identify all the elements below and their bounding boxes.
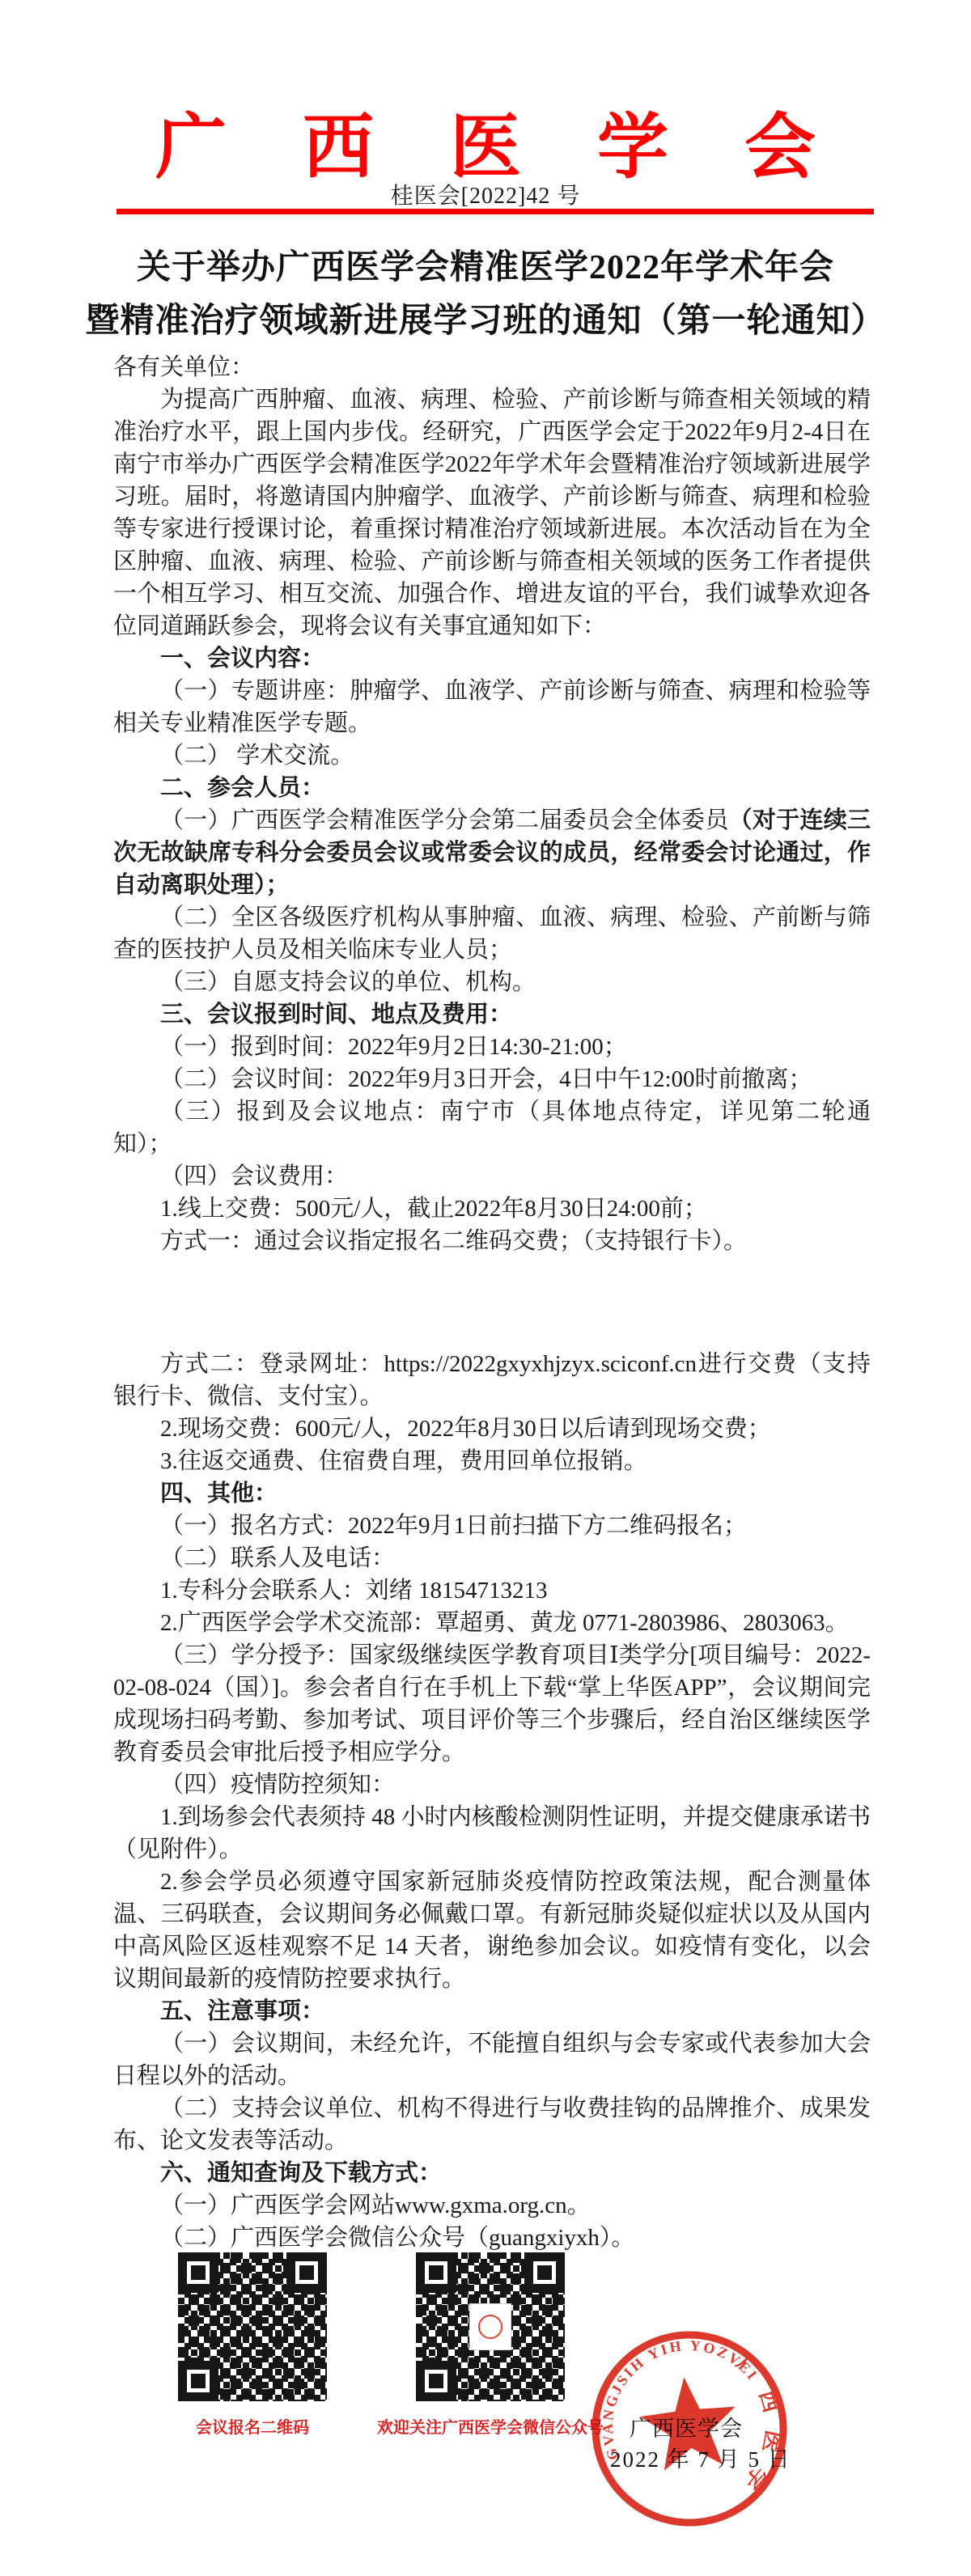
document-number: 桂医会[2022]42 号 [0,178,971,210]
body-paragraph: （二）全区各级医疗机构从事肿瘤、血液、病理、检验、产前断与筛查的医技护人员及相关… [113,901,871,966]
body-paragraph: （二）支持会议单位、机构不得进行与收费挂钩的品牌推介、成果发布、论文发表等活动。 [113,2092,871,2157]
document-page: 广 西 医 学 会 桂医会[2022]42 号 关于举办广西医学会精准医学202… [0,0,971,2576]
body-text: （二）联系人及电话： [160,1545,395,1571]
body-text: 1.线上交费：500元/人，截止2022年8月30日24:00前； [160,1196,707,1222]
body-paragraph: 二、参会人员： [113,772,871,804]
body-paragraph: 3.往返交通费、住宿费自理，费用回单位报销。 [113,1445,871,1477]
notice-title-line1: 关于举办广西医学会精准医学2022年学术年会 [0,241,971,294]
qr-finder-icon [178,2252,218,2293]
body-text: （三）自愿支持会议的单位、机构。 [160,969,536,995]
body-paragraph: （三）报到及会议地点：南宁市（具体地点待定，详见第二轮通知）； [113,1095,871,1160]
body-text: 1.到场参会代表须持 48 小时内核酸检测阴性证明，并提交健康承诺书（见附件）。 [113,1804,871,1862]
body-paragraph: 2.广西医学会学术交流部：覃超勇、黄龙 0771-2803986、2803063… [113,1607,871,1639]
qr-finder-icon [286,2252,327,2293]
qr-block-registration: 会议报名二维码 [178,2252,327,2438]
body-text: 五、注意事项： [160,1998,324,2024]
body-text: （二）全区各级医疗机构从事肿瘤、血液、病理、检验、产前断与筛查的医技护人员及相关… [113,905,871,963]
body-text: 3.往返交通费、住宿费自理，费用回单位报销。 [160,1448,647,1474]
body-text: （一）专题讲座：肿瘤学、血液学、产前诊断与筛查、病理和检验等相关专业精准医学专题… [113,678,871,736]
body-text: （二）会议时间：2022年9月3日开会，4日中午12:00时前撤离； [160,1066,812,1092]
letterhead-divider-line [117,209,874,214]
body-text: 2.参会学员必须遵守国家新冠肺炎疫情防控政策法规，配合测量体温、三码联查，会议期… [113,1869,871,1992]
notice-title-line2: 暨精准治疗领域新进展学习班的通知（第一轮通知） [0,294,971,348]
body-paragraph: （二） 学术交流。 [113,739,871,772]
body-text: 为提高广西肿瘤、血液、病理、检验、产前诊断与筛查相关领域的精准治疗水平，跟上国内… [113,387,871,639]
body-text: 方式二：登录网址：https://2022gxyxhjzyx.sciconf.c… [113,1351,871,1409]
body-text: （一）广西医学会网站www.gxma.org.cn。 [160,2193,591,2218]
notice-title: 关于举办广西医学会精准医学2022年学术年会 暨精准治疗领域新进展学习班的通知（… [0,241,971,348]
wechat-qr-caption: 欢迎关注广西医学会微信公众号 [377,2414,604,2438]
body-paragraph: 方式一：通过会议指定报名二维码交费；（支持银行卡）。 [113,1225,871,1257]
official-seal: GVANGJSIH YIH YOZVEI 广 西 医 学 会 [574,2313,805,2544]
body-paragraph: （三）自愿支持会议的单位、机构。 [113,966,871,998]
body-paragraph: 1.专科分会联系人：刘绪 18154713213 [113,1574,871,1607]
body-paragraph: （一）专题讲座：肿瘤学、血液学、产前诊断与筛查、病理和检验等相关专业精准医学专题… [113,675,871,739]
body-text: 二、参会人员： [160,775,324,801]
qr-finder-icon [416,2252,456,2293]
seal-star-icon [637,2372,741,2472]
body-text: （四）疫情防控须知： [160,1772,395,1798]
body-paragraph: 一、会议内容： [113,642,871,675]
qr-finder-icon [524,2252,565,2293]
body-paragraph: 1.到场参会代表须持 48 小时内核酸检测阴性证明，并提交健康承诺书（见附件）。 [113,1801,871,1866]
body-text: 各有关单位： [113,354,254,380]
body-paragraph: 六、通知查询及下载方式： [113,2157,871,2189]
gxma-logo-icon [478,2315,502,2339]
body-paragraph: 2.现场交费：600元/人，2022年8月30日以后请到现场交费； [113,1413,871,1445]
wechat-qr-code [416,2252,565,2401]
body-paragraph: （一）广西医学会网站www.gxma.org.cn。 [113,2189,871,2222]
qr-finder-icon [178,2361,218,2401]
body-paragraph: （一）会议期间，未经允许，不能擅自组织与会专家或代表参加大会日程以外的活动。 [113,2027,871,2092]
body-paragraph: 为提高广西肿瘤、血液、病理、检验、产前诊断与筛查相关领域的精准治疗水平，跟上国内… [113,383,871,642]
body-paragraph: （二）联系人及电话： [113,1542,871,1574]
body-text: 四、其他： [160,1481,278,1506]
body-text: （三）学分授予：国家级继续医学教育项目Ⅰ类学分[项目编号：2022-02-08-… [113,1642,871,1765]
body-paragraph: （四）疫情防控须知： [113,1769,871,1801]
body-text: （一）会议期间，未经允许，不能擅自组织与会专家或代表参加大会日程以外的活动。 [113,2031,871,2089]
qr-block-wechat: 欢迎关注广西医学会微信公众号 [377,2252,604,2438]
body-text: 三、会议报到时间、地点及费用： [160,1002,512,1027]
body-text: （一）广西医学会精准医学分会第二届委员会全体委员 [160,807,729,833]
body-paragraph: （二）会议时间：2022年9月3日开会，4日中午12:00时前撤离； [113,1063,871,1095]
body-paragraph: 四、其他： [113,1477,871,1510]
registration-qr-caption: 会议报名二维码 [196,2414,309,2438]
body-text: （四）会议费用： [160,1163,348,1189]
body-text: 1.专科分会联系人：刘绪 18154713213 [160,1578,548,1604]
body-text: 方式一：通过会议指定报名二维码交费；（支持银行卡）。 [160,1228,747,1254]
body-text: 2.现场交费：600元/人，2022年8月30日以后请到现场交费； [160,1416,771,1442]
body-paragraph: 三、会议报到时间、地点及费用： [113,998,871,1031]
body-text: 六、通知查询及下载方式： [160,2160,442,2186]
body-paragraph: 五、注意事项： [113,1995,871,2027]
body-paragraph: 2.参会学员必须遵守国家新冠肺炎疫情防控政策法规，配合测量体温、三码联查，会议期… [113,1866,871,1995]
body-paragraph: （四）会议费用： [113,1160,871,1193]
body-text: （二）支持会议单位、机构不得进行与收费挂钩的品牌推介、成果发布、论文发表等活动。 [113,2095,871,2154]
body-paragraph: 各有关单位： [113,351,871,383]
wechat-qr-center-logo [469,2303,511,2350]
body-text: （一）报名方式：2022年9月1日前扫描下方二维码报名； [160,1513,747,1539]
body-text: （一）报到时间：2022年9月2日14:30-21:00； [160,1034,627,1060]
body-paragraph: （一）广西医学会精准医学分会第二届委员会全体委员（对于连续三次无故缺席专科分会委… [113,804,871,901]
body-paragraph: （三）学分授予：国家级继续医学教育项目Ⅰ类学分[项目编号：2022-02-08-… [113,1639,871,1769]
body-paragraph: 1.线上交费：500元/人，截止2022年8月30日24:00前； [113,1193,871,1225]
body-paragraph: （一）报到时间：2022年9月2日14:30-21:00； [113,1031,871,1063]
body-text: （二） 学术交流。 [160,743,354,769]
body-paragraphs: 各有关单位：为提高广西肿瘤、血液、病理、检验、产前诊断与筛查相关领域的精准治疗水… [113,351,871,2254]
body-paragraph: 方式二：登录网址：https://2022gxyxhjzyx.sciconf.c… [113,1348,871,1413]
body-text: 2.广西医学会学术交流部：覃超勇、黄龙 0771-2803986、2803063… [160,1610,849,1636]
registration-qr-code [178,2252,327,2401]
body-text: 一、会议内容： [160,646,324,672]
body-paragraph: （一）报名方式：2022年9月1日前扫描下方二维码报名； [113,1510,871,1542]
body-text: （三）报到及会议地点：南宁市（具体地点待定，详见第二轮通知）； [113,1099,871,1157]
qr-finder-icon [416,2361,456,2401]
